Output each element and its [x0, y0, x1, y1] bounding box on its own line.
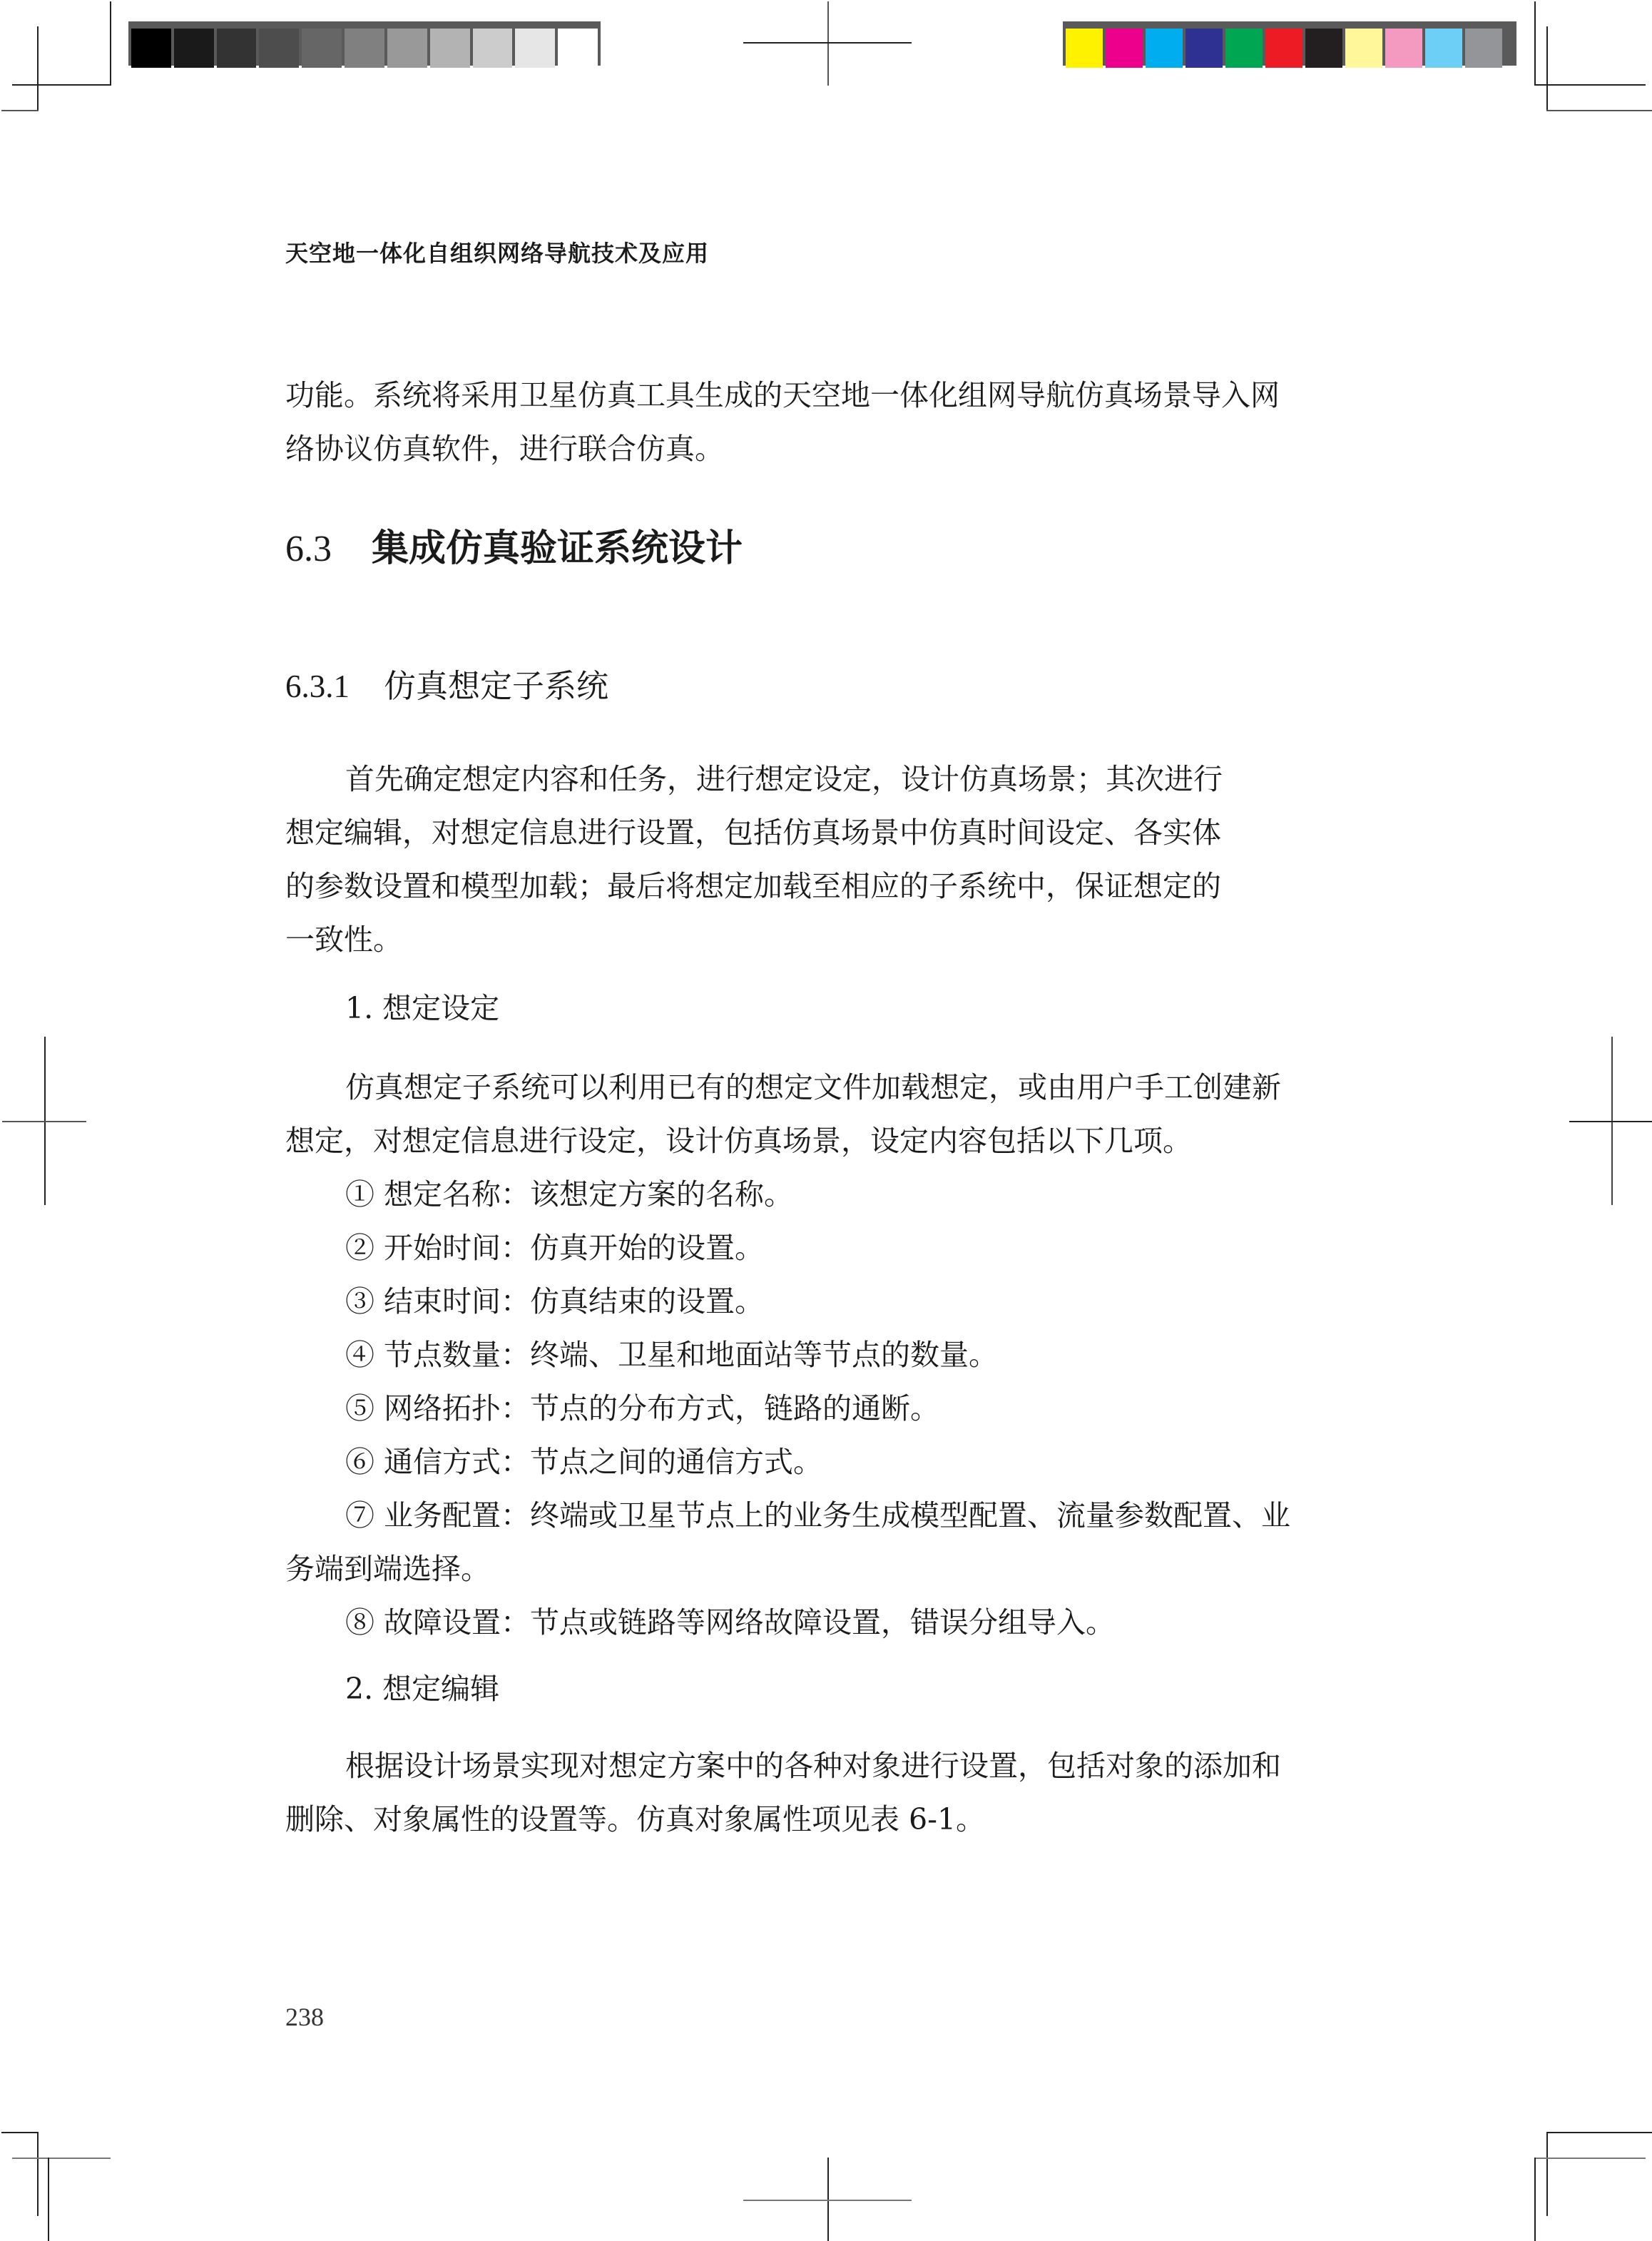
text-line: 想定，对想定信息进行设定，设计仿真场景，设定内容包括以下几项。: [285, 1114, 1355, 1168]
intro-paragraph: 功能。系统将采用卫星仿真工具生成的天空地一体化组网导航仿真场景导入网 络协议仿真…: [285, 369, 1355, 476]
heading-text: 2. 想定编辑: [285, 1662, 1355, 1716]
paragraph-scenario-editing: 根据设计场景实现对想定方案中的各种对象进行设置，包括对象的添加和 删除、对象属性…: [285, 1739, 1355, 1846]
color-swatch-magenta: [1106, 29, 1143, 68]
gray-swatch: [259, 29, 299, 68]
gray-swatch: [515, 29, 555, 68]
list-item: ⑧ 故障设置：节点或链路等网络故障设置，错误分组导入。: [285, 1596, 1355, 1650]
color-swatch-green: [1225, 29, 1263, 68]
color-swatch-black: [1305, 29, 1342, 68]
list-item-continuation: 务端到端选择。: [285, 1543, 1355, 1596]
text-line: 想定编辑，对想定信息进行设置，包括仿真场景中仿真时间设定、各实体: [285, 806, 1355, 860]
subsection-title: 仿真想定子系统: [384, 667, 608, 705]
text-line: 删除、对象属性的设置等。仿真对象属性项见表 6-1。: [285, 1793, 1355, 1846]
color-swatch-gray: [1465, 29, 1502, 68]
list-item: ① 想定名称：该想定方案的名称。: [285, 1168, 1355, 1221]
gray-swatch: [473, 29, 513, 68]
gray-swatch: [174, 29, 214, 68]
running-header: 天空地一体化自组织网络导航技术及应用: [285, 235, 709, 268]
item-heading-scenario-setup: 1. 想定设定: [285, 982, 1355, 1035]
subsection-heading: 6.3.1仿真想定子系统: [285, 660, 608, 706]
color-swatch-red: [1265, 29, 1302, 68]
color-swatch-light-yellow: [1345, 29, 1382, 68]
text-line: 功能。系统将采用卫星仿真工具生成的天空地一体化组网导航仿真场景导入网: [285, 369, 1355, 422]
grayscale-color-bar: [128, 21, 601, 66]
paragraph-scenario-setup: 仿真想定子系统可以利用已有的想定文件加载想定，或由用户手工创建新 想定，对想定信…: [285, 1061, 1355, 1168]
scenario-settings-list: ① 想定名称：该想定方案的名称。 ② 开始时间：仿真开始的设置。 ③ 结束时间：…: [285, 1168, 1355, 1650]
paragraph-scenario-overview: 首先确定想定内容和任务，进行想定设定，设计仿真场景；其次进行 想定编辑，对想定信…: [285, 753, 1355, 967]
subsection-number: 6.3.1: [285, 669, 350, 704]
list-item: ⑦ 业务配置：终端或卫星节点上的业务生成模型配置、流量参数配置、业: [285, 1489, 1355, 1543]
text-line: 根据设计场景实现对想定方案中的各种对象进行设置，包括对象的添加和: [285, 1739, 1355, 1793]
section-heading: 6.3集成仿真验证系统设计: [285, 518, 743, 571]
color-swatch-yellow: [1066, 29, 1103, 68]
section-number: 6.3: [285, 529, 332, 569]
list-item: ③ 结束时间：仿真结束的设置。: [285, 1275, 1355, 1328]
color-swatch-light-cyan: [1425, 29, 1462, 68]
gray-swatch: [558, 29, 598, 68]
text-line: 一致性。: [285, 913, 1355, 967]
gray-swatch: [430, 29, 470, 68]
item-heading-scenario-editing: 2. 想定编辑: [285, 1662, 1355, 1716]
process-color-bar: [1063, 21, 1516, 66]
list-item: ⑤ 网络拓扑：节点的分布方式，链路的通断。: [285, 1382, 1355, 1435]
page-number: 238: [285, 2002, 324, 2032]
text-line: 的参数设置和模型加载；最后将想定加载至相应的子系统中，保证想定的: [285, 860, 1355, 913]
gray-swatch: [217, 29, 257, 68]
color-swatch-blue: [1186, 29, 1223, 68]
gray-swatch: [131, 29, 171, 68]
color-swatch-cyan: [1146, 29, 1183, 68]
color-swatch-pink: [1385, 29, 1422, 68]
list-item: ④ 节点数量：终端、卫星和地面站等节点的数量。: [285, 1328, 1355, 1382]
list-item: ② 开始时间：仿真开始的设置。: [285, 1221, 1355, 1275]
text-line: 仿真想定子系统可以利用已有的想定文件加载想定，或由用户手工创建新: [285, 1061, 1355, 1114]
list-item: ⑥ 通信方式：节点之间的通信方式。: [285, 1435, 1355, 1489]
text-line: 络协议仿真软件，进行联合仿真。: [285, 422, 1355, 476]
gray-swatch: [345, 29, 384, 68]
section-title: 集成仿真验证系统设计: [372, 527, 743, 570]
text-line: 首先确定想定内容和任务，进行想定设定，设计仿真场景；其次进行: [285, 753, 1355, 806]
gray-swatch: [387, 29, 427, 68]
gray-swatch: [302, 29, 342, 68]
heading-text: 1. 想定设定: [285, 982, 1355, 1035]
